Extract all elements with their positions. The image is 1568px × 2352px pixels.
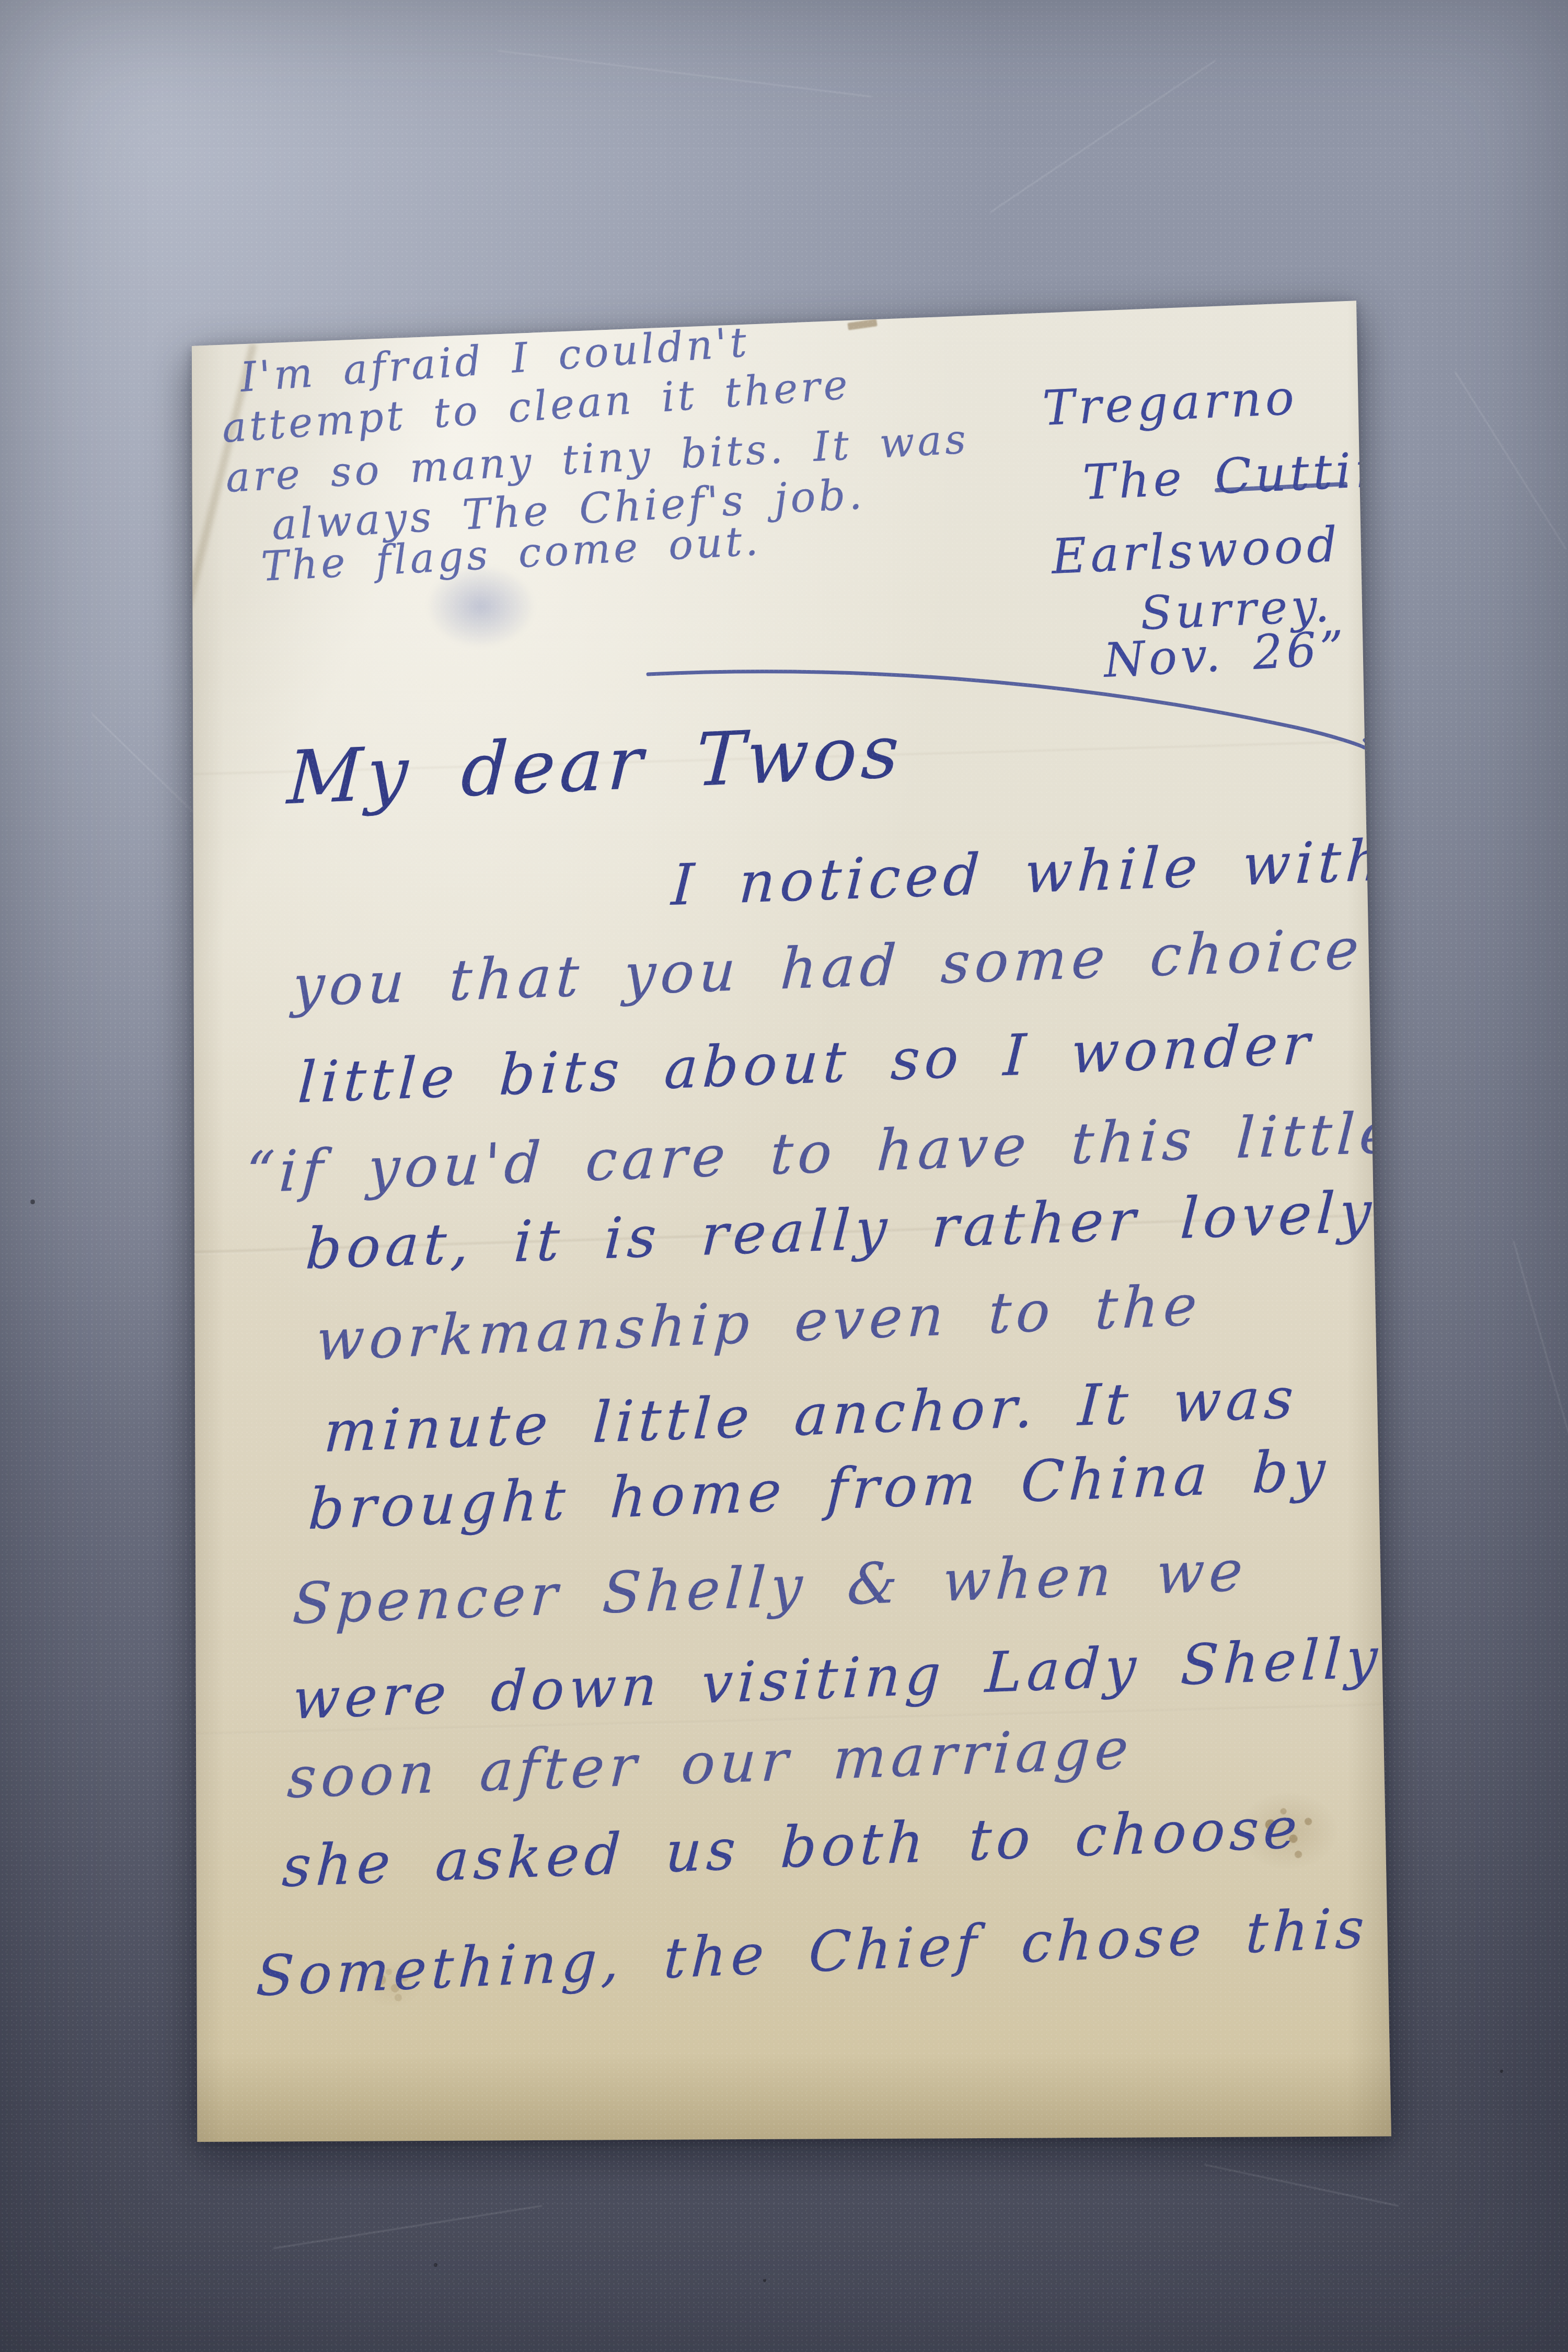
- body-line: workmanship even to the: [315, 1273, 1203, 1374]
- paper-edge-mark: [847, 319, 877, 330]
- letter-paper: I'm afraid I couldn't attempt to clean i…: [188, 298, 1396, 2146]
- salutation: My dear Twos: [285, 709, 905, 821]
- body-line: were down visiting Lady Shelly: [291, 1625, 1383, 1732]
- body-line: Spencer Shelly & when we: [291, 1538, 1249, 1637]
- address-line: Earlswood: [1051, 516, 1342, 585]
- body-line: little bits about so I wonder: [296, 1011, 1316, 1116]
- body-line: you that you had some choice: [291, 916, 1365, 1019]
- body-line: Something, the Chief chose this boat: [255, 1888, 1553, 2009]
- photograph-of-letter: I'm afraid I couldn't attempt to clean i…: [0, 0, 1568, 2352]
- address-line: Tregarno: [1042, 370, 1299, 436]
- paper-shadow: I'm afraid I couldn't attempt to clean i…: [0, 0, 1568, 2352]
- date-line: Nov. 26”: [1102, 621, 1349, 688]
- body-line: I noticed while with: [670, 828, 1388, 918]
- body-line: soon after our marriage: [286, 1716, 1135, 1811]
- body-line: she asked us both to choose: [281, 1795, 1303, 1900]
- address-line: The Cutting: [1082, 440, 1425, 511]
